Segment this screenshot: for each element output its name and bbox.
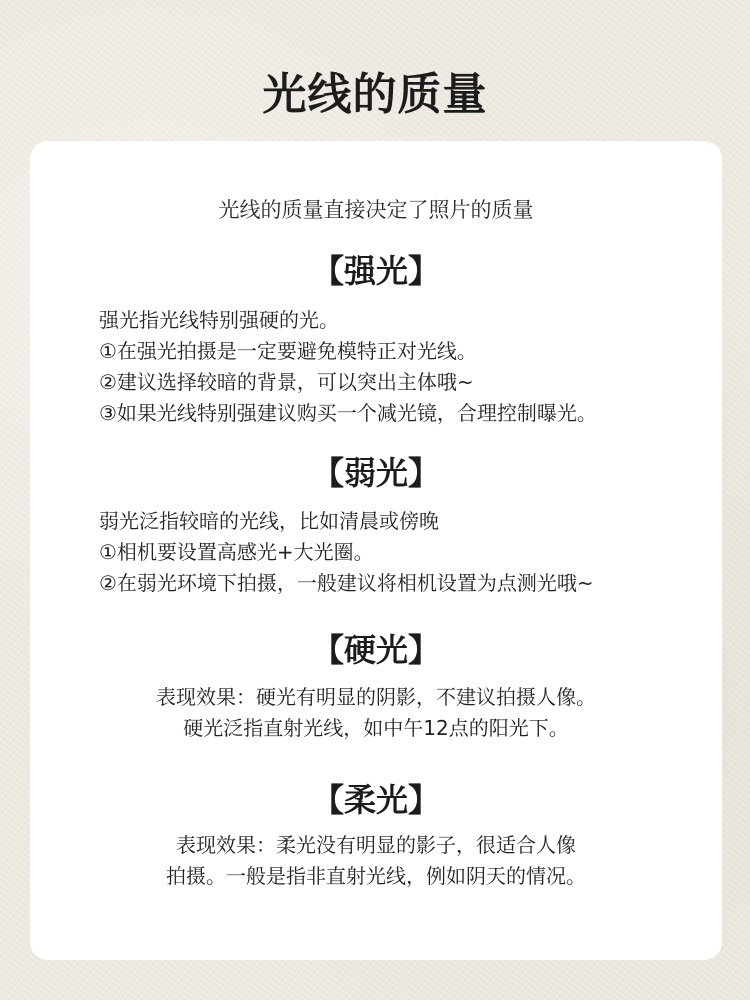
section-heading-soft-light: 【柔光】 (30, 775, 722, 821)
body-line: 弱光泛指较暗的光线，比如清晨或傍晚 (99, 506, 594, 537)
page-title: 光线的质量 (0, 58, 750, 122)
section-body-hard-light: 表现效果：硬光有明显的阴影，不建议拍摄人像。 硬光泛指直射光线，如中午12点的阳… (30, 682, 722, 744)
content-card: 光线的质量直接决定了照片的质量 【强光】 强光指光线特别强硬的光。 ①在强光拍摄… (30, 141, 722, 960)
section-heading-weak-light: 【弱光】 (30, 448, 722, 494)
body-line: 硬光泛指直射光线，如中午12点的阳光下。 (30, 713, 722, 744)
body-line: ②在弱光环境下拍摄，一般建议将相机设置为点测光哦~ (99, 568, 594, 599)
body-line: ③如果光线特别强建议购买一个减光镜，合理控制曝光。 (99, 398, 597, 429)
body-line: 表现效果：柔光没有明显的影子，很适合人像 (30, 830, 722, 861)
body-line: ①相机要设置高感光+大光圈。 (99, 537, 594, 568)
body-line: 表现效果：硬光有明显的阴影，不建议拍摄人像。 (30, 682, 722, 713)
section-body-strong-light: 强光指光线特别强硬的光。 ①在强光拍摄是一定要避免模特正对光线。 ②建议选择较暗… (99, 305, 597, 429)
body-line: ①在强光拍摄是一定要避免模特正对光线。 (99, 336, 597, 367)
section-body-weak-light: 弱光泛指较暗的光线，比如清晨或傍晚 ①相机要设置高感光+大光圈。 ②在弱光环境下… (99, 506, 594, 599)
body-line: 拍摄。一般是指非直射光线，例如阴天的情况。 (30, 861, 722, 892)
body-line: 强光指光线特别强硬的光。 (99, 305, 597, 336)
card-subtitle: 光线的质量直接决定了照片的质量 (30, 194, 722, 224)
section-heading-strong-light: 【强光】 (30, 246, 722, 292)
body-line: ②建议选择较暗的背景，可以突出主体哦~ (99, 367, 597, 398)
section-heading-hard-light: 【硬光】 (30, 625, 722, 671)
section-body-soft-light: 表现效果：柔光没有明显的影子，很适合人像 拍摄。一般是指非直射光线，例如阴天的情… (30, 830, 722, 892)
